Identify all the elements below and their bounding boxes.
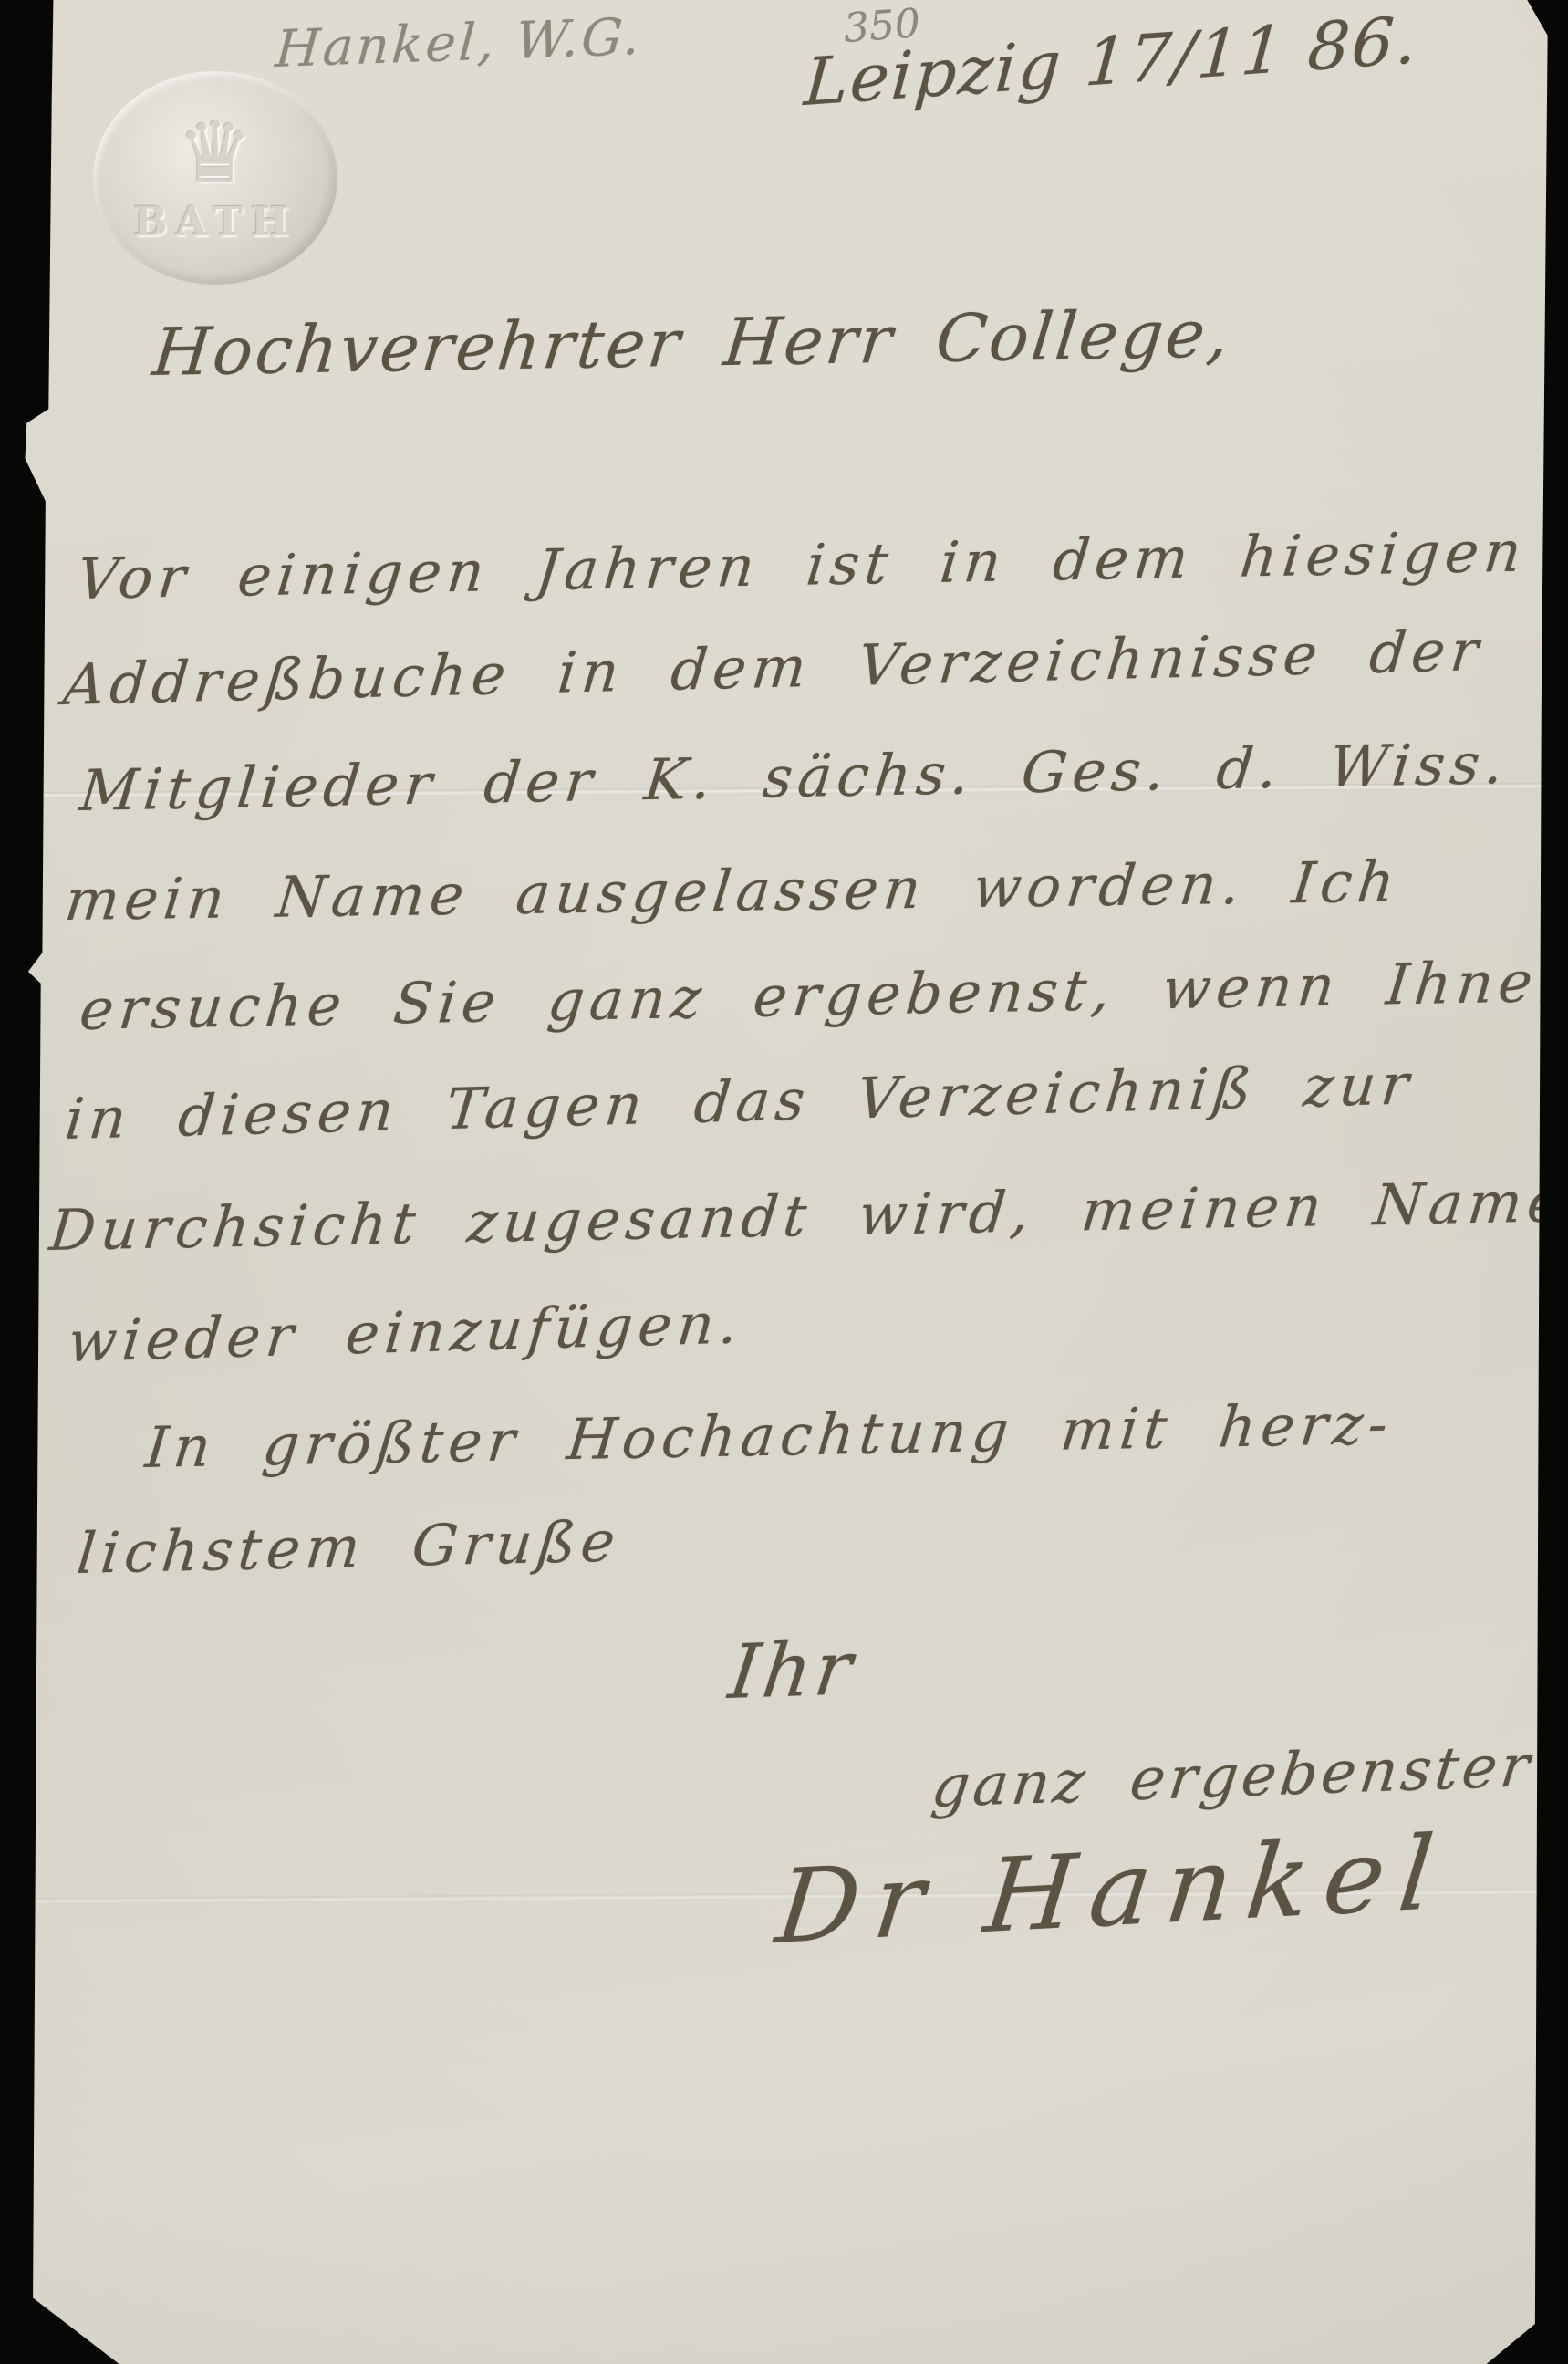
body-line: mein Name ausgelassen worden. Ich — [62, 849, 1403, 933]
pencil-annotation-name: Hankel, W.G. — [274, 7, 645, 79]
body-line: In größter Hochachtung mit herz- — [142, 1390, 1397, 1481]
valediction: ganz ergebenster — [928, 1733, 1536, 1821]
body-line: lichstem Gruße — [74, 1508, 623, 1587]
paper-sheet: ♛ BATH Hankel, W.G. 350 Leipzig 17/11 86… — [0, 0, 1568, 2364]
salutation: Hochverehrter Herr College, — [150, 295, 1236, 391]
body-line: wieder einzufügen. — [66, 1289, 746, 1375]
body-line: ersuche Sie ganz ergebenst, wenn Ihnen — [77, 948, 1568, 1043]
crown-icon: ♛ — [178, 111, 253, 195]
body-line: Mitglieder der K. sächs. Ges. d. Wiss. — [77, 730, 1511, 824]
body-line: Vor einigen Jahren ist in dem hiesigen — [74, 518, 1530, 612]
scan-background: ♛ BATH Hankel, W.G. 350 Leipzig 17/11 86… — [0, 0, 1568, 2364]
body-line: Durchsicht zugesandt wird, meinen Namen — [47, 1167, 1568, 1264]
embossed-seal: ♛ BATH — [93, 71, 337, 285]
seal-text: BATH — [133, 199, 296, 245]
body-line: Addreßbuche in dem Verzeichnisse der — [60, 617, 1486, 718]
signature: Dr Hankel — [771, 1814, 1453, 1967]
closing-pronoun: Ihr — [724, 1625, 860, 1716]
body-line: in diesen Tagen das Verzeichniß zur — [62, 1050, 1417, 1152]
